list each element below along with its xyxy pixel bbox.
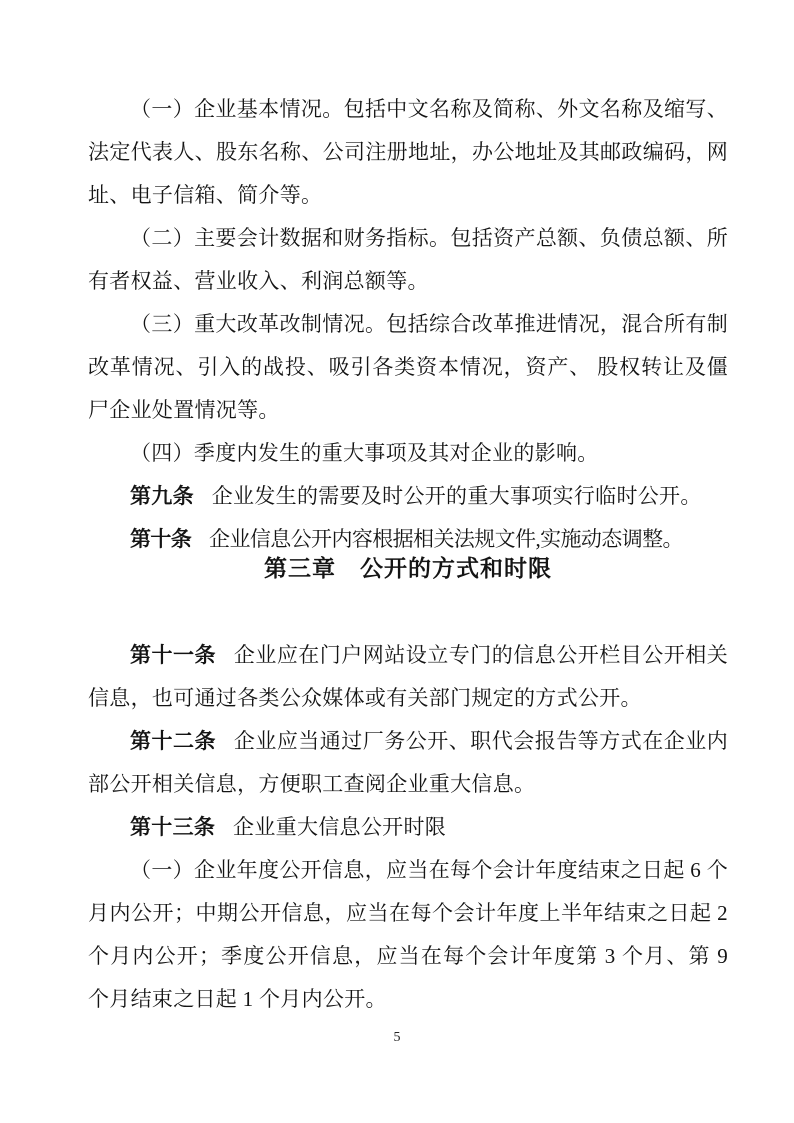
page-number: 5 <box>0 1028 794 1048</box>
clause-paragraph-major-events: （四）季度内发生的重大事项及其对企业的影响。 <box>88 432 728 475</box>
article-number-label: 第十三条 <box>130 815 215 839</box>
article-number-label: 第十二条 <box>130 729 216 753</box>
article-number-label: 第九条 <box>130 484 194 508</box>
article-text: 企业发生的需要及时公开的重大事项实行临时公开。 <box>212 484 702 508</box>
article-number-label: 第十一条 <box>130 643 216 667</box>
article-paragraph-13: 第十三条企业重大信息公开时限 <box>88 806 728 849</box>
article-number-label: 第十条 <box>130 527 191 551</box>
clause-paragraph-reform-status: （三）重大改革改制情况。包括综合改革推进情况，混合所有制改革情况、引入的战投、吸… <box>88 303 728 432</box>
clause-paragraph-basic-info: （一）企业基本情况。包括中文名称及简称、外文名称及缩写、法定代表人、股东名称、公… <box>88 88 728 217</box>
document-body: （一）企业基本情况。包括中文名称及简称、外文名称及缩写、法定代表人、股东名称、公… <box>88 88 728 1021</box>
article-paragraph-11: 第十一条企业应在门户网站设立专门的信息公开栏目公开相关信息，也可通过各类公众媒体… <box>88 634 728 720</box>
article-paragraph-9: 第九条企业发生的需要及时公开的重大事项实行临时公开。 <box>88 475 728 518</box>
document-page: （一）企业基本情况。包括中文名称及简称、外文名称及缩写、法定代表人、股东名称、公… <box>0 0 794 1123</box>
clause-paragraph-disclosure-deadlines: （一）企业年度公开信息，应当在每个会计年度结束之日起 6 个月内公开；中期公开信… <box>88 849 728 1021</box>
clause-text: （四）季度内发生的重大事项及其对企业的影响。 <box>130 441 599 465</box>
clause-text: （二）主要会计数据和财务指标。包括资产总额、负债总额、所有者权益、营业收入、利润… <box>88 226 728 293</box>
clause-text: （一）企业年度公开信息，应当在每个会计年度结束之日起 6 个月内公开；中期公开信… <box>88 858 728 1011</box>
article-paragraph-12: 第十二条企业应当通过厂务公开、职代会报告等方式在企业内部公开相关信息，方便职工查… <box>88 720 728 806</box>
clause-text: （一）企业基本情况。包括中文名称及简称、外文名称及缩写、法定代表人、股东名称、公… <box>88 97 728 207</box>
clause-text: （三）重大改革改制情况。包括综合改革推进情况，混合所有制改革情况、引入的战投、吸… <box>88 312 728 422</box>
clause-paragraph-financial-indicators: （二）主要会计数据和财务指标。包括资产总额、负债总额、所有者权益、营业收入、利润… <box>88 217 728 303</box>
article-text: 企业重大信息公开时限 <box>233 815 446 839</box>
